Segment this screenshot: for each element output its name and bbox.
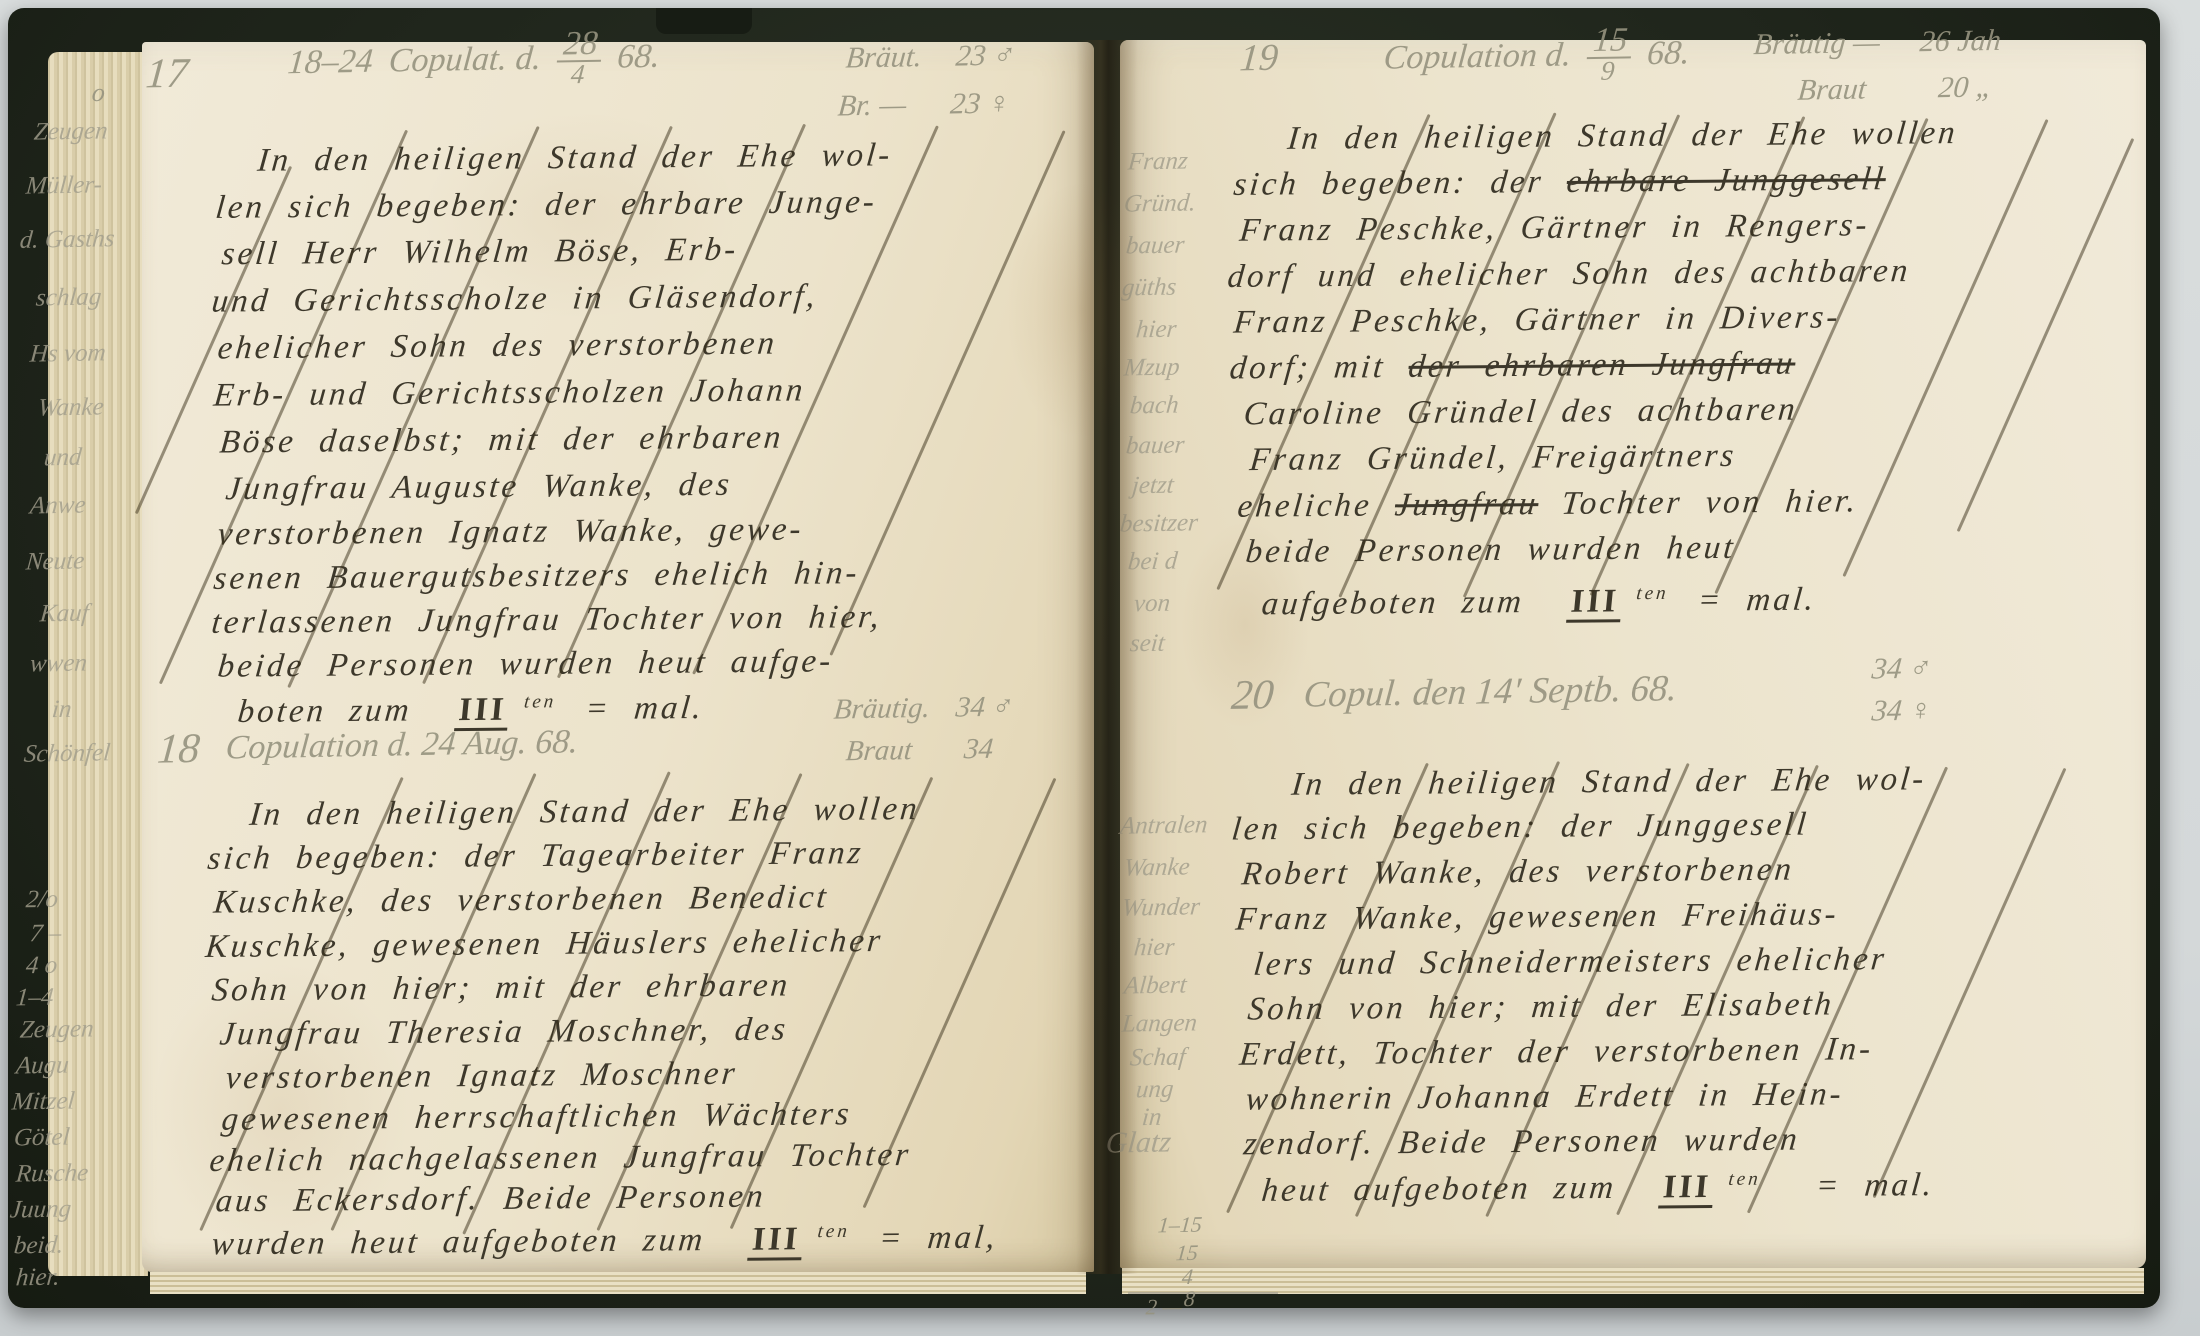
margin-note: Albert bbox=[1123, 971, 1188, 1000]
manuscript-line: Franz Gründel, Freigärtners bbox=[1248, 438, 1738, 479]
margin-note: Schönfel bbox=[23, 739, 112, 768]
line-text bbox=[1788, 1168, 1791, 1204]
margin-note: ung bbox=[1135, 1076, 1175, 1105]
tally-number: 15 bbox=[1175, 1240, 1199, 1266]
margin-note: Franz bbox=[1127, 147, 1189, 176]
tally-sum-line bbox=[1128, 1292, 1278, 1294]
line-text: = mal, bbox=[877, 1220, 999, 1257]
margin-note: d. Gasths bbox=[19, 225, 116, 255]
margin-note: 7 – bbox=[29, 920, 63, 949]
manuscript-line: Franz Peschke, Gärtner in Rengers- bbox=[1238, 207, 1871, 249]
struck-text: ehrbare Junggesell bbox=[1565, 161, 1887, 200]
roman-numeral-III: III bbox=[747, 1221, 804, 1260]
margin-note: Wanke bbox=[1123, 853, 1191, 882]
manuscript-line: len sich begeben: der ehrbare Junge- bbox=[214, 184, 879, 227]
year: 68. bbox=[1646, 34, 1692, 73]
margin-note: Zeugen bbox=[19, 1015, 95, 1044]
margin-note: Mitzel bbox=[11, 1087, 76, 1116]
margin-note: Gründ. bbox=[1123, 189, 1197, 218]
bride-age-note: Braut 34 bbox=[844, 733, 994, 769]
margin-note: bauer bbox=[1125, 231, 1186, 260]
manuscript-line: eheliche Jungfrau Tochter von hier. bbox=[1236, 483, 1860, 525]
groom-age: 26 Jah bbox=[1918, 24, 2002, 59]
photo-of-church-register: { "photo": { "backdrop_color": "#d9dddd"… bbox=[0, 0, 2200, 1336]
manuscript-line: zendorf. Beide Personen wurden bbox=[1242, 1122, 1802, 1164]
manuscript-line: Franz Peschke, Gärtner in Divers- bbox=[1232, 299, 1842, 341]
line-text: = mal. bbox=[1696, 582, 1818, 619]
margin-note: wwen bbox=[29, 650, 89, 679]
manuscript-line: Erb- und Gerichtsscholzen Johann bbox=[212, 372, 807, 414]
bride-age-note: Braut 20 „ bbox=[1796, 70, 1994, 107]
groom-age-note: Bräut. 23 ♂ bbox=[844, 39, 1017, 76]
bride-label: Braut bbox=[844, 734, 913, 768]
line-text: aufgeboten zum bbox=[1260, 584, 1526, 622]
margin-note: Langen bbox=[1121, 1009, 1199, 1038]
manuscript-line: Sohn von hier; mit der Elisabeth bbox=[1246, 986, 1836, 1028]
manuscript-line: senen Bauergutsbesitzers ehelich hin- bbox=[212, 555, 861, 598]
manuscript-line: verstorbenen Ignatz Wanke, gewe- bbox=[216, 511, 805, 553]
manuscript-line: aus Eckersdorf. Beide Personen bbox=[214, 1179, 767, 1221]
bride-age: 20 „ bbox=[1937, 70, 1994, 105]
margin-note: Schaf bbox=[1129, 1044, 1187, 1073]
manuscript-line: gewesenen herrschaftlichen Wächters bbox=[220, 1096, 853, 1138]
entry-range: 18–24 bbox=[286, 43, 374, 82]
fraction-day: 28 bbox=[557, 28, 604, 63]
margin-note: Müller- bbox=[25, 171, 103, 200]
struck-text: Jungfrau bbox=[1393, 486, 1540, 523]
date-fraction: 15 9 bbox=[1584, 24, 1633, 85]
manuscript-line: verstorbenen Ignatz Moschner bbox=[224, 1056, 739, 1097]
margin-note: bei d bbox=[1127, 548, 1179, 577]
line-text: = mal. bbox=[1814, 1167, 1936, 1204]
margin-note: Wunder bbox=[1121, 893, 1201, 922]
entry-17-date-header: 18–24 Copulat. d. 28 4 68. bbox=[285, 27, 662, 94]
manuscript-line: In den heiligen Stand der Ehe wol- bbox=[256, 137, 894, 180]
margin-note: Kauf bbox=[39, 600, 90, 629]
manuscript-line: Robert Wanke, des verstorbenen bbox=[1240, 852, 1796, 894]
manuscript-line: Jungfrau Theresia Moschner, des bbox=[218, 1012, 790, 1054]
margin-note: hier. bbox=[15, 1264, 61, 1293]
copulation-label: Copulat. d. bbox=[387, 40, 543, 81]
manuscript-line: beide Personen wurden heut aufge- bbox=[216, 643, 835, 685]
manuscript-line: sich begeben: der Tagearbeiter Franz bbox=[206, 835, 865, 878]
manuscript-line: sich begeben: der ehrbare Junggesell bbox=[1232, 161, 1888, 204]
margin-note: güths bbox=[1121, 274, 1178, 303]
struck-text: der ehrbaren Jungfrau bbox=[1407, 346, 1797, 385]
entry-18-date-header: 18 Copulation d. 24 Aug. 68. bbox=[156, 718, 581, 773]
groom-age-note: Bräutig — 26 Jah bbox=[1752, 24, 2002, 62]
margin-note: in bbox=[51, 696, 73, 724]
margin-note: von bbox=[1133, 590, 1172, 619]
fraction-day: 15 bbox=[1587, 24, 1634, 59]
bride-label: Br. — bbox=[836, 88, 907, 123]
superscript-ten: ten bbox=[1635, 583, 1669, 604]
margin-note: Anwe bbox=[29, 492, 87, 521]
entry-20-date: Copul. den 14' Septb. 68. bbox=[1302, 667, 1679, 716]
margin-note: und bbox=[43, 444, 83, 473]
bride-age-note: Br. — 23 ♀ bbox=[836, 86, 1012, 123]
entry-19-number: 19 bbox=[1238, 36, 1280, 81]
manuscript-line: Jungfrau Auguste Wanke, des bbox=[224, 467, 734, 508]
manuscript-line: Erdett, Tochter der verstorbenen In- bbox=[1238, 1031, 1875, 1074]
manuscript-line: In den heiligen Stand der Ehe wollen bbox=[248, 791, 922, 834]
bride-age: 34 bbox=[963, 733, 995, 767]
manuscript-line: lers und Schneidermeisters ehelicher bbox=[1252, 941, 1889, 984]
entry-20-date-header: 20 Copul. den 14' Septb. 68. bbox=[1230, 664, 1680, 720]
margin-note: 4 o bbox=[25, 952, 59, 981]
tally-number: 8 bbox=[1183, 1286, 1196, 1312]
groom-age-note: 34 ♂ bbox=[1870, 651, 1933, 686]
margin-note: bach bbox=[1129, 392, 1180, 421]
page-stack-bottom-left bbox=[150, 1272, 1086, 1294]
margin-note: Rusche bbox=[15, 1159, 90, 1188]
bride-age: 23 ♀ bbox=[949, 86, 1012, 121]
margin-note: Mzup bbox=[1123, 354, 1181, 383]
tally-total: 2 — bbox=[1145, 1294, 1183, 1321]
groom-label: Bräutig — bbox=[1752, 26, 1881, 62]
margin-note: schlag bbox=[35, 283, 103, 312]
margin-note: jetzt bbox=[1131, 472, 1175, 501]
line-text: wurden heut aufgeboten zum bbox=[210, 1222, 707, 1262]
bride-age-note: 34 ♀ bbox=[1870, 693, 1933, 728]
line-text: = mal. bbox=[584, 690, 706, 727]
margin-note: Hs vom bbox=[29, 339, 107, 368]
margin-note: Juung bbox=[9, 1195, 73, 1224]
entry-19-date-header: Copulation d. 15 9 68. bbox=[1381, 23, 1692, 88]
margin-note: Götel bbox=[13, 1124, 71, 1153]
superscript-ten: ten bbox=[523, 691, 557, 712]
manuscript-line: dorf; mit der ehrbaren Jungfrau bbox=[1228, 346, 1797, 388]
manuscript-line: In den heiligen Stand der Ehe wol- bbox=[1290, 761, 1928, 804]
year: 68. bbox=[616, 38, 662, 77]
margin-note: Wanke bbox=[37, 393, 105, 422]
fraction-month: 9 bbox=[1584, 59, 1630, 86]
margin-note: Augu bbox=[15, 1052, 70, 1081]
margin-note: bauer bbox=[1125, 431, 1186, 460]
manuscript-line: ehelicher Sohn des verstorbenen bbox=[216, 326, 779, 368]
superscript-ten: ten bbox=[1728, 1169, 1762, 1190]
manuscript-line: Kuschke, gewesenen Häuslers ehelicher bbox=[204, 923, 885, 966]
superscript-ten: ten bbox=[817, 1221, 851, 1242]
tally-number: 1–15 bbox=[1157, 1212, 1203, 1239]
fraction-month: 4 bbox=[555, 62, 601, 89]
margin-note: hier bbox=[1135, 316, 1178, 345]
entry-20-number: 20 bbox=[1230, 671, 1276, 720]
margin-note-glatz: Glatz bbox=[1104, 1125, 1172, 1160]
line-text: heut aufgeboten zum bbox=[1260, 1170, 1618, 1209]
groom-age: 23 ♂ bbox=[954, 39, 1017, 74]
roman-numeral-III: III bbox=[1658, 1169, 1715, 1208]
groom-label: Bräutig. bbox=[832, 692, 931, 727]
groom-age: 34 ♂ bbox=[954, 690, 1015, 724]
bride-label: Braut bbox=[1796, 73, 1867, 108]
margin-note: beid. bbox=[13, 1232, 65, 1261]
margin-note: seit bbox=[1129, 630, 1166, 659]
manuscript-line: In den heiligen Stand der Ehe wollen bbox=[1286, 115, 1960, 158]
copulation-label: Copulation d. bbox=[1382, 36, 1573, 77]
entry-18-number: 18 bbox=[156, 725, 202, 774]
margin-note: Zeugen bbox=[33, 117, 109, 146]
margin-note: Antralen bbox=[1119, 811, 1209, 841]
margin-note: 1–4 bbox=[15, 984, 55, 1013]
line-text: Tochter von hier. bbox=[1560, 483, 1860, 522]
manuscript-line: Böse daselbst; mit der ehrbaren bbox=[218, 420, 785, 462]
margin-note: hier bbox=[1133, 934, 1176, 963]
groom-age-note: Bräutig. 34 ♂ bbox=[832, 690, 1015, 726]
corner-mark: o bbox=[91, 78, 107, 108]
manuscript-line: dorf und ehelicher Sohn des achtbaren bbox=[1226, 253, 1912, 296]
date-fraction: 28 4 bbox=[555, 28, 604, 89]
book-clasp bbox=[656, 8, 752, 34]
margin-note: Neute bbox=[25, 547, 86, 576]
line-text: dorf; mit bbox=[1228, 349, 1410, 387]
page-stack-bottom-right bbox=[1122, 1268, 2144, 1294]
groom-label: Bräut. bbox=[844, 40, 923, 75]
entry-17-number: 17 bbox=[144, 50, 190, 99]
manuscript-line-final: wurden heut aufgeboten zumIIIten= mal, bbox=[210, 1220, 999, 1264]
entry-18-date: Copulation d. 24 Aug. 68. bbox=[224, 723, 580, 767]
manuscript-line: ehelich nachgelassenen Jungfrau Tochter bbox=[208, 1137, 913, 1180]
margin-note: besitzer bbox=[1119, 509, 1199, 538]
margin-note: 2/o bbox=[25, 886, 59, 915]
manuscript-line: Caroline Gründel des achtbaren bbox=[1242, 392, 1799, 434]
